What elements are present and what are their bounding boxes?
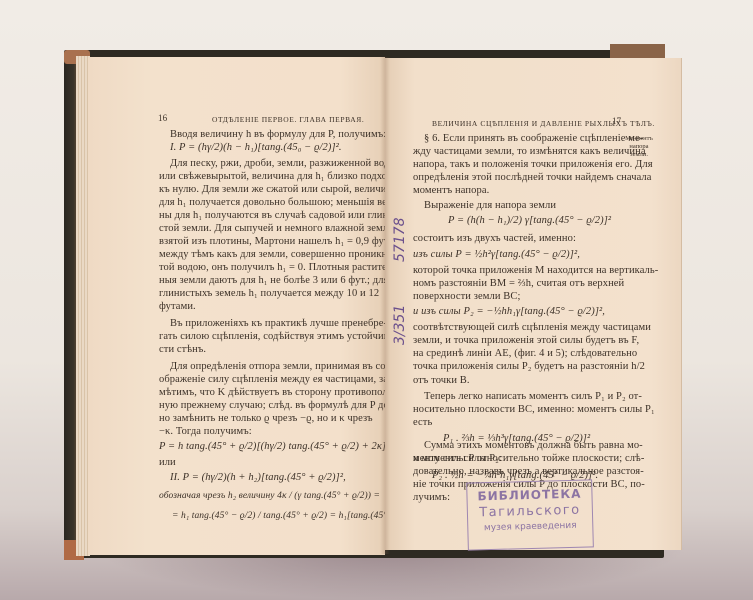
running-header-left: ОТДѢЛЕНІЕ ПЕРВОЕ. ГЛАВА ПЕРВАЯ.: [212, 113, 364, 126]
text-line: сти стѣнъ.: [159, 343, 206, 356]
text-line: но замѣнить не только ϱ чрезъ −ϱ, но и κ…: [159, 412, 373, 425]
text-line: § 6. Если принять въ соображеніе сцѣплен…: [424, 132, 643, 145]
text-line: футами.: [159, 300, 196, 313]
text-line: глинистыхъ земель h₁ получается между 10…: [159, 287, 379, 300]
handwritten-mark: 57178: [392, 217, 408, 262]
text-line: опредѣленія этой послѣдней точки найдемъ…: [413, 171, 652, 184]
text-line: ную прежнему случаю; слѣд. въ формулѣ дл…: [159, 399, 405, 412]
text-line: есть: [413, 416, 432, 429]
text-line: той водою, онъ получилъ h₁ = 0. Плотныя …: [159, 261, 401, 274]
text-line: стой земли. Для сыпучей и немного влажно…: [159, 222, 397, 235]
text-line: −κ. Тогда получимъ:: [159, 425, 252, 438]
text-line: Теперь легко написать моментъ силъ P₁ и …: [424, 390, 642, 403]
text-line: или: [159, 456, 176, 469]
text-line: Выраженіе для напора земли: [424, 199, 556, 212]
text-line: ныя земли даютъ для h₁ не болѣе 3 или 6 …: [159, 274, 389, 287]
cover-corner: [610, 44, 665, 58]
formula-II: II. P = (hγ/2)(h + h₂)[tang.(45° + ϱ/2)]…: [170, 471, 346, 484]
text-line: точка приложенія силы P₂ будетъ на разст…: [413, 360, 645, 373]
text-line: носительно плоскости BC, именно: моментъ…: [413, 403, 655, 416]
text-line: между тѣмъ какъ для земли, совершенно пр…: [159, 248, 396, 261]
text-line: поверхности земли BC;: [413, 290, 521, 303]
text-line: Сумма этихъ моментовъ должна быть равна …: [424, 439, 643, 452]
text-line: или свѣжевырытой, величина для h₁ близко…: [159, 170, 408, 183]
text-line: состоитъ изъ двухъ частей, именно:: [413, 232, 576, 245]
gutter: [380, 57, 390, 554]
text-line: Вводя величину h въ формулу для P, получ…: [170, 128, 386, 141]
text-line: земли, и точка приложенія этой силы буде…: [413, 334, 639, 347]
text-line: гать силою сцѣпленія, содѣйствуя этимъ у…: [159, 330, 398, 343]
text-line: соотвѣтствующей силѣ сцѣпленія между час…: [413, 321, 651, 334]
text-line: ны для h₁ получаются въ случаѣ садовой и…: [159, 209, 398, 222]
stamp-line-2: Тагильского: [468, 502, 592, 520]
text-line: довательно, назвавъ чрезъ a вертикальное…: [413, 465, 644, 478]
text-line: напора, такъ и положенія точки приложені…: [413, 158, 653, 171]
library-stamp: БИБЛИОТЕКА Тагильского музея краеведения: [466, 479, 594, 550]
text-line: которой точка приложенія M находится на …: [413, 264, 658, 277]
text-line: жду частицами земли, то измѣнятся какъ в…: [413, 145, 646, 158]
text-line: Для песку, ржи, дроби, земли, разжиженно…: [170, 157, 403, 170]
stamp-line-3: музея краеведения: [468, 520, 592, 533]
text-line: взятой изъ плотины, Мартони нашелъ h₁ = …: [159, 235, 393, 248]
formula: обозначая чрезъ h₂ величину 4κ / (γ tang…: [159, 490, 380, 503]
page-number-left: 16: [158, 112, 167, 125]
text-line: отъ точки B.: [413, 374, 470, 387]
formula: P = (h(h − h₁)/2) γ[tang.(45° − ϱ/2)]²: [448, 214, 611, 227]
text-line: мѣтимъ, что K дѣйствуетъ въ сторону прот…: [159, 386, 404, 399]
text-line: Въ приложеніяхъ къ практикѣ лучше пренеб…: [170, 317, 387, 330]
formula-I: I. P = (hγ/2)(h − h₁)[tang.(45₀ − ϱ/2)]²…: [170, 141, 342, 154]
text-line: моментъ напора.: [413, 184, 489, 197]
formula: изъ силы P = ½h²γ[tang.(45° − ϱ/2)]²,: [413, 248, 580, 261]
text-line: ображеніе силу сцѣпленія между ея частиц…: [159, 373, 392, 386]
stamp-line-1: БИБЛИОТЕКА: [467, 486, 591, 503]
formula: P = h tang.(45° + ϱ/2)[(hγ/2) tang.(45° …: [159, 440, 389, 453]
running-header-right: ВЕЛИЧИНА СЦѢПЛЕНІЯ И ДАВЛЕНІЕ РЫХЛЫХЪ ТѢ…: [432, 117, 655, 130]
text-line: для h₁ получается довольно большою; мень…: [159, 196, 413, 209]
text-line: къ нулю. Для земли же сжатой или сырой, …: [159, 183, 397, 196]
formula: и изъ силы P₂ = −½hh₁γ[tang.(45° − ϱ/2)]…: [413, 305, 605, 318]
text-line: лучимъ:: [413, 491, 450, 504]
text-line: номъ разстояніи BM = ⅔h, считая отъ верх…: [413, 277, 624, 290]
handwritten-mark: 3/351: [392, 305, 408, 345]
page-number-right: 17: [612, 115, 621, 128]
text-line: Для опредѣленія отпора земли, принимая в…: [170, 360, 389, 373]
text-line: менту силы P относительно тойже плоскост…: [413, 452, 644, 465]
text-line: на срединѣ линіи AE, (фиг. 4 и 5); слѣдо…: [413, 347, 637, 360]
